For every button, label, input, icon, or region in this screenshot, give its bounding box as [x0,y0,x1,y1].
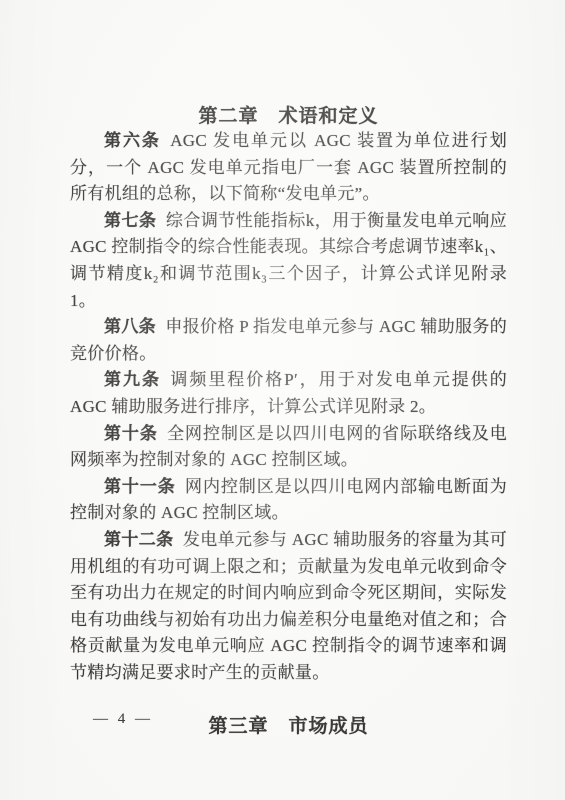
scanned-page: 第二章 术语和定义 第六条AGC 发电单元以 AGC 装置为单位进行划分，一个 … [0,0,565,800]
article-10-label: 第十条 [104,424,158,443]
article-12: 第十二条发电单元参与 AGC 辅助服务的容量为其可用机组的有功可调上限之和；贡献… [70,527,507,687]
chapter-2-heading: 第二章 术语和定义 [70,105,507,128]
article-7-label: 第七条 [104,211,156,230]
articles-section: 第六条AGC 发电单元以 AGC 装置为单位进行划分，一个 AGC 发电单元指电… [70,128,507,686]
article-9-label: 第九条 [104,370,161,389]
article-8: 第八条申报价格 P 指发电单元参与 AGC 辅助服务的竞价价格。 [70,314,507,367]
article-7: 第七条综合调节性能指标k，用于衡量发电单元响应 AGC 控制指令的综合性能表现。… [70,208,507,314]
article-6: 第六条AGC 发电单元以 AGC 装置为单位进行划分，一个 AGC 发电单元指电… [70,128,507,208]
article-9: 第九条调频里程价格P′，用于对发电单元提供的 AGC 辅助服务进行排序，计算公式… [70,367,507,420]
page-number: — 4 — [93,711,153,728]
article-10: 第十条全网控制区是以四川电网的省际联络线及电网频率为控制对象的 AGC 控制区域… [70,421,507,474]
article-11: 第十一条网内控制区是以四川电网内部输电断面为控制对象的 AGC 控制区域。 [70,474,507,527]
text-block: 第二章 术语和定义 第六条AGC 发电单元以 AGC 装置为单位进行划分，一个 … [70,0,507,738]
article-12-label: 第十二条 [104,530,174,549]
article-6-label: 第六条 [104,131,161,150]
article-12-text: 发电单元参与 AGC 辅助服务的容量为其可用机组的有功可调上限之和；贡献量为发电… [70,530,507,682]
article-8-label: 第八条 [104,317,156,336]
article-11-label: 第十一条 [104,477,176,496]
